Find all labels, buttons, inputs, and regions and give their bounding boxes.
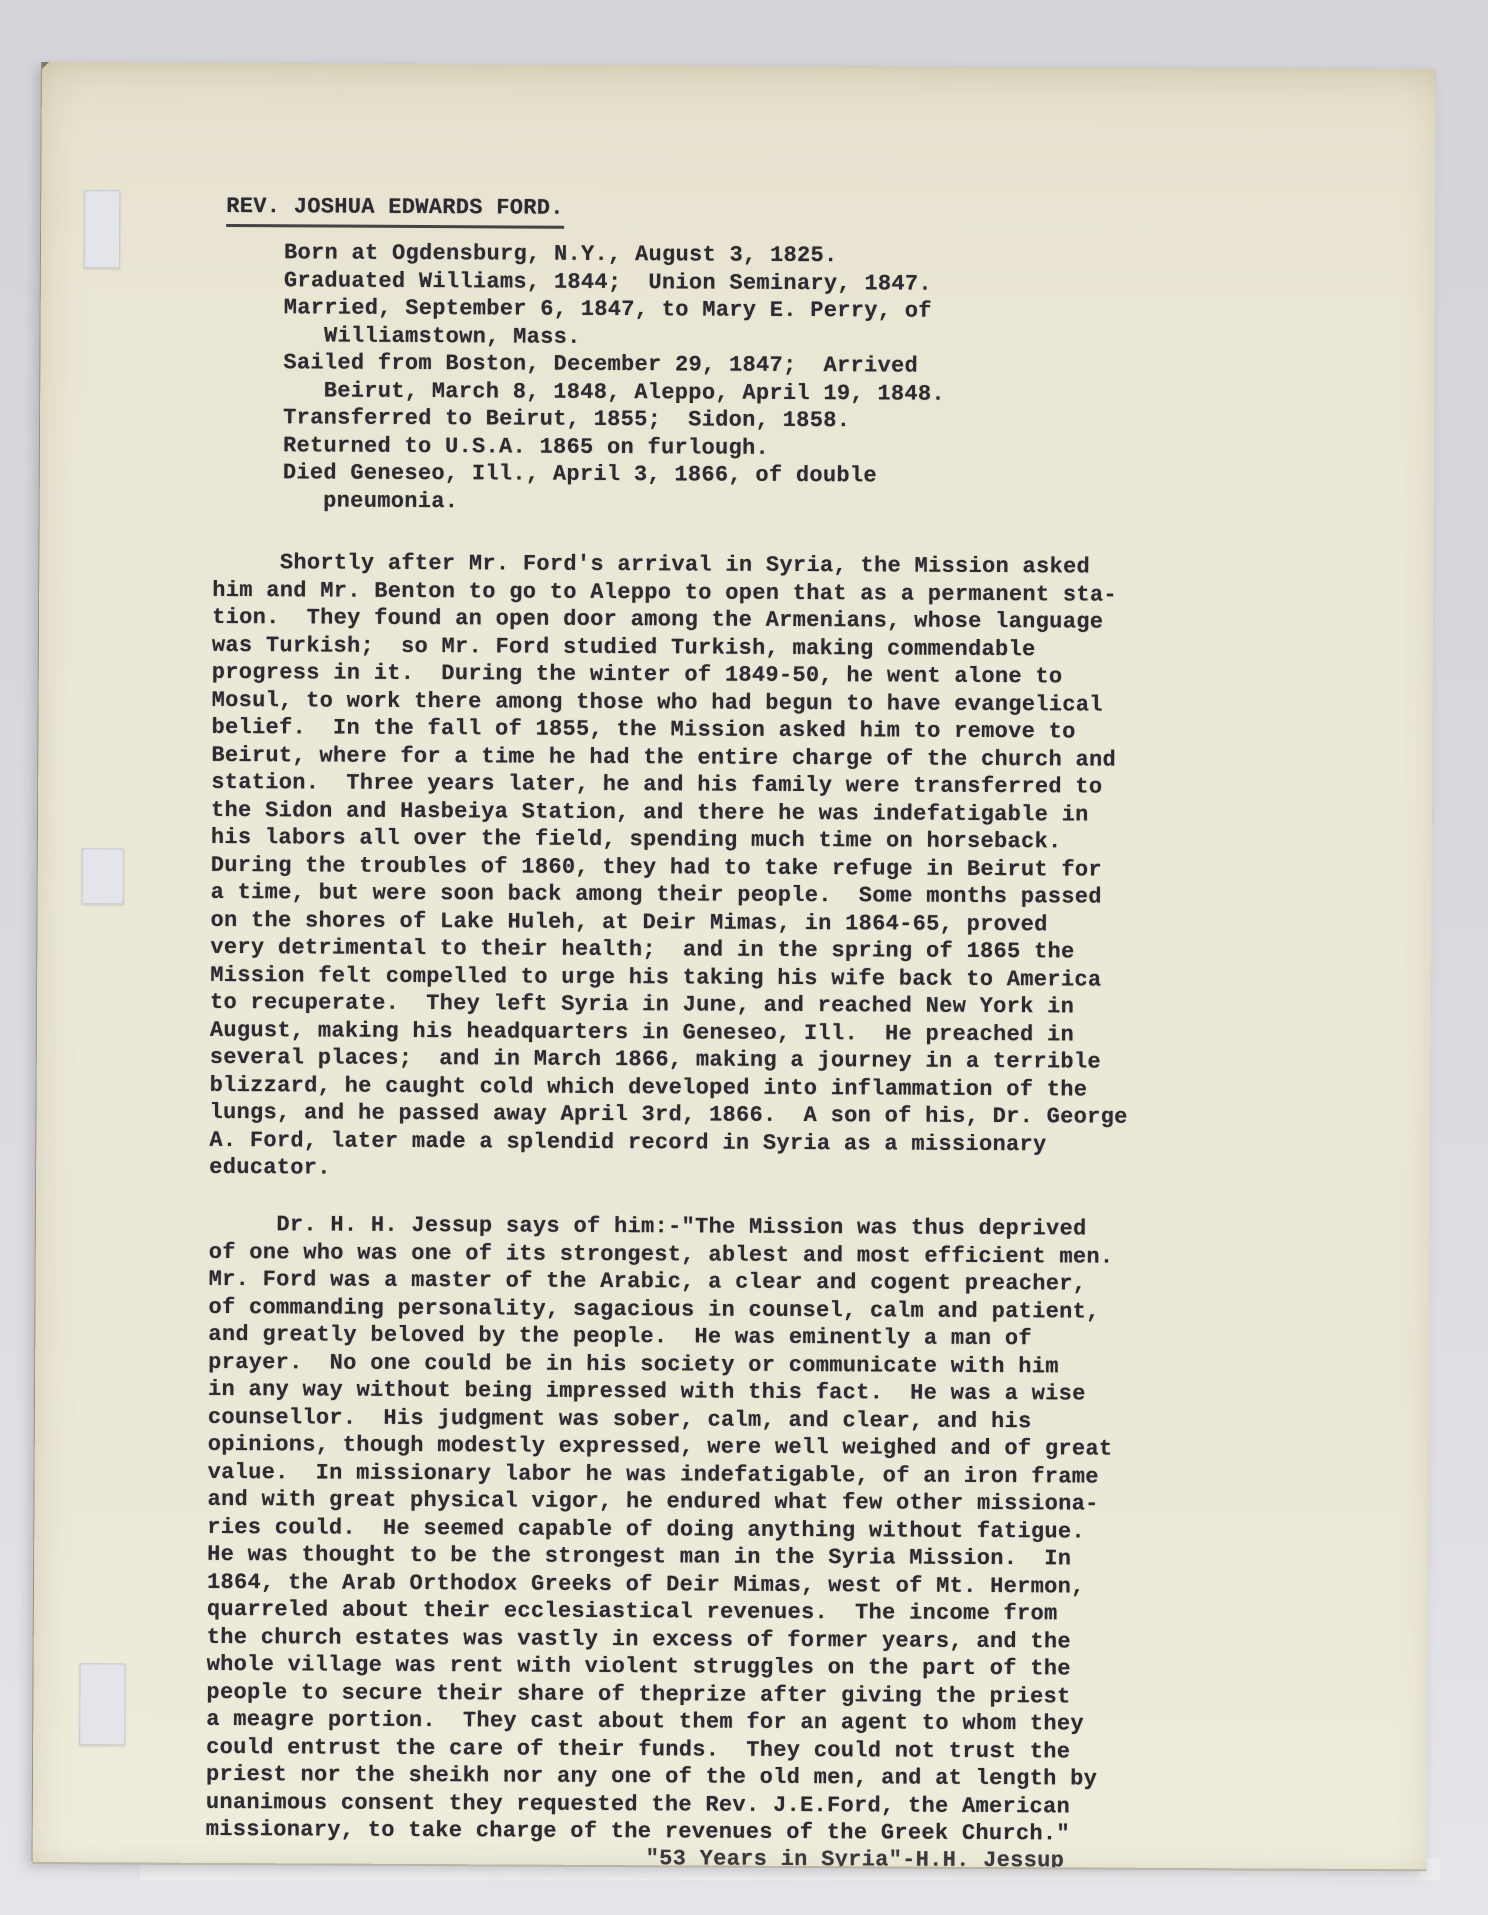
- scan-background: REV. JOSHUA EDWARDS FORD. Born at Ogdens…: [0, 0, 1488, 1915]
- punch-reinforcement-middle: [82, 848, 124, 904]
- punch-reinforcement-top: [84, 190, 120, 268]
- vitals-list: Born at Ogdensburg, N.Y., August 3, 1825…: [283, 239, 946, 517]
- document-page: REV. JOSHUA EDWARDS FORD. Born at Ogdens…: [33, 62, 1436, 1869]
- jessup-tribute-paragraph: Dr. H. H. Jessup says of him:-"The Missi…: [206, 1211, 1114, 1848]
- punch-reinforcement-bottom: [79, 1663, 125, 1745]
- document-title: REV. JOSHUA EDWARDS FORD.: [226, 193, 564, 228]
- page-corner-mark: [42, 62, 49, 69]
- biography-paragraph: Shortly after Mr. Ford's arrival in Syri…: [209, 549, 1130, 1186]
